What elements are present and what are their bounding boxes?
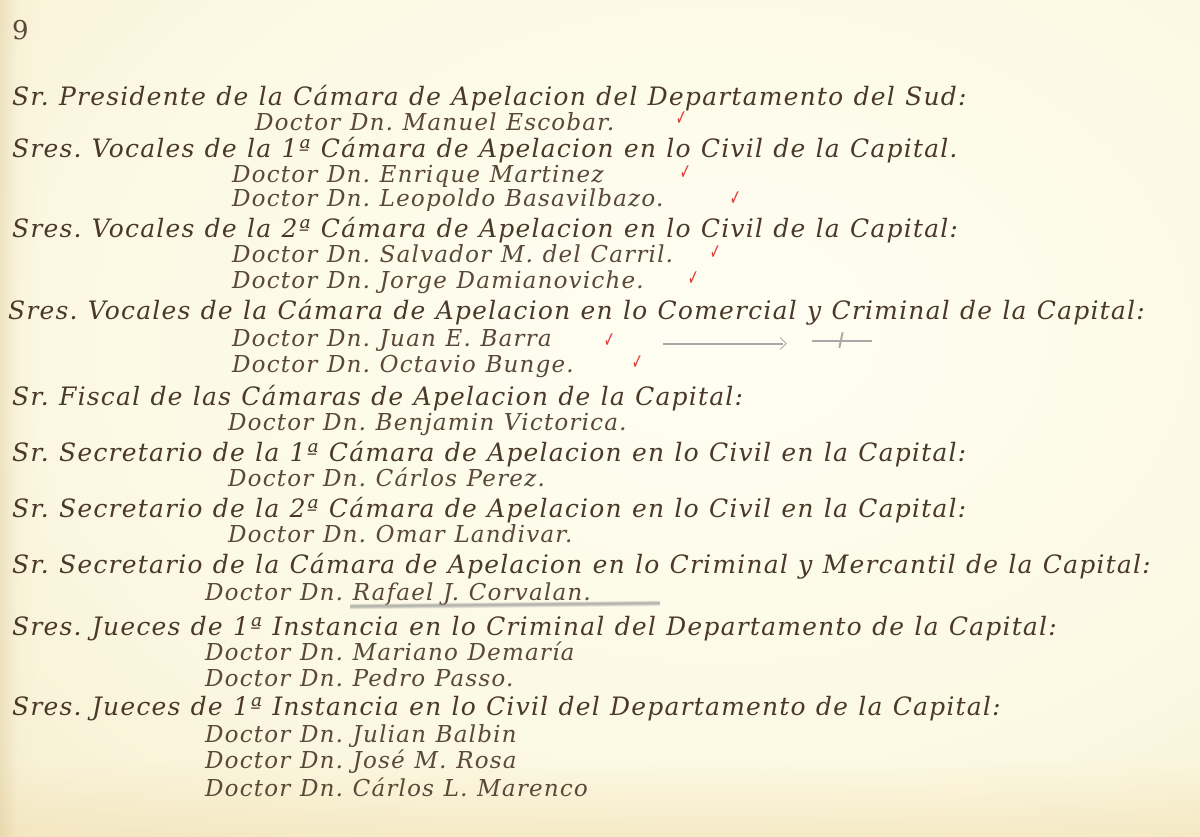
entry-person: Doctor Dn. Manuel Escobar. <box>255 110 615 136</box>
entry-person: Doctor Dn. José M. Rosa <box>205 748 518 774</box>
entry-heading: Sres. Jueces de 1ª Instancia en lo Crimi… <box>12 612 1058 641</box>
entry-heading: Sr. Presidente de la Cámara de Apelacion… <box>12 82 968 111</box>
entry-person: Doctor Dn. Benjamin Victorica. <box>228 410 628 436</box>
entry-heading: Sr. Fiscal de las Cámaras de Apelacion d… <box>12 382 744 411</box>
entry-person: Doctor Dn. Leopoldo Basavilbazo. <box>232 186 665 212</box>
red-check-icon: ✓ <box>688 266 699 291</box>
entry-heading: Sres. Vocales de la 1ª Cámara de Apelaci… <box>12 134 959 163</box>
entry-person: Doctor Dn. Salvador M. del Carril. <box>232 242 674 268</box>
entry-heading: Sr. Secretario de la 1ª Cámara de Apelac… <box>12 438 967 467</box>
entry-person: Doctor Dn. Cárlos Perez. <box>228 466 546 492</box>
entry-heading: Sres. Vocales de la 2ª Cámara de Apelaci… <box>12 214 959 243</box>
entry-person: Doctor Dn. Cárlos L. Marenco <box>205 776 589 802</box>
pencil-cross-mark <box>812 340 872 342</box>
entry-person: Doctor Dn. Octavio Bunge. <box>232 352 575 378</box>
entry-person: Doctor Dn. Julian Balbin <box>205 722 518 748</box>
red-check-icon: ✓ <box>710 240 721 265</box>
entry-heading: Sres. Jueces de 1ª Instancia en lo Civil… <box>12 692 1002 721</box>
red-check-icon: ✓ <box>730 186 741 211</box>
entry-person: Doctor Dn. Pedro Passo. <box>205 666 515 692</box>
page-number: 9 <box>12 16 29 46</box>
red-check-icon: ✓ <box>676 106 687 131</box>
entry-person: Doctor Dn. Juan E. Barra <box>232 326 553 352</box>
red-check-icon: ✓ <box>680 160 691 185</box>
entry-heading: Sr. Secretario de la 2ª Cámara de Apelac… <box>12 494 967 523</box>
entry-person: Doctor Dn. Jorge Damianoviche. <box>232 268 645 294</box>
entry-heading: Sr. Secretario de la Cámara de Apelacion… <box>12 550 1152 579</box>
manuscript-page: 9 Sr. Presidente de la Cámara de Apelaci… <box>0 0 1200 837</box>
red-check-icon: ✓ <box>604 328 615 353</box>
entry-person: Doctor Dn. Enrique Martinez <box>232 162 605 188</box>
pencil-arrow-mark <box>663 343 783 345</box>
red-check-icon: ✓ <box>632 350 643 375</box>
entry-heading: Sres. Vocales de la Cámara de Apelacion … <box>8 296 1146 325</box>
entry-person: Doctor Dn. Mariano Demaría <box>205 640 576 666</box>
entry-person: Doctor Dn. Omar Landivar. <box>228 522 574 548</box>
